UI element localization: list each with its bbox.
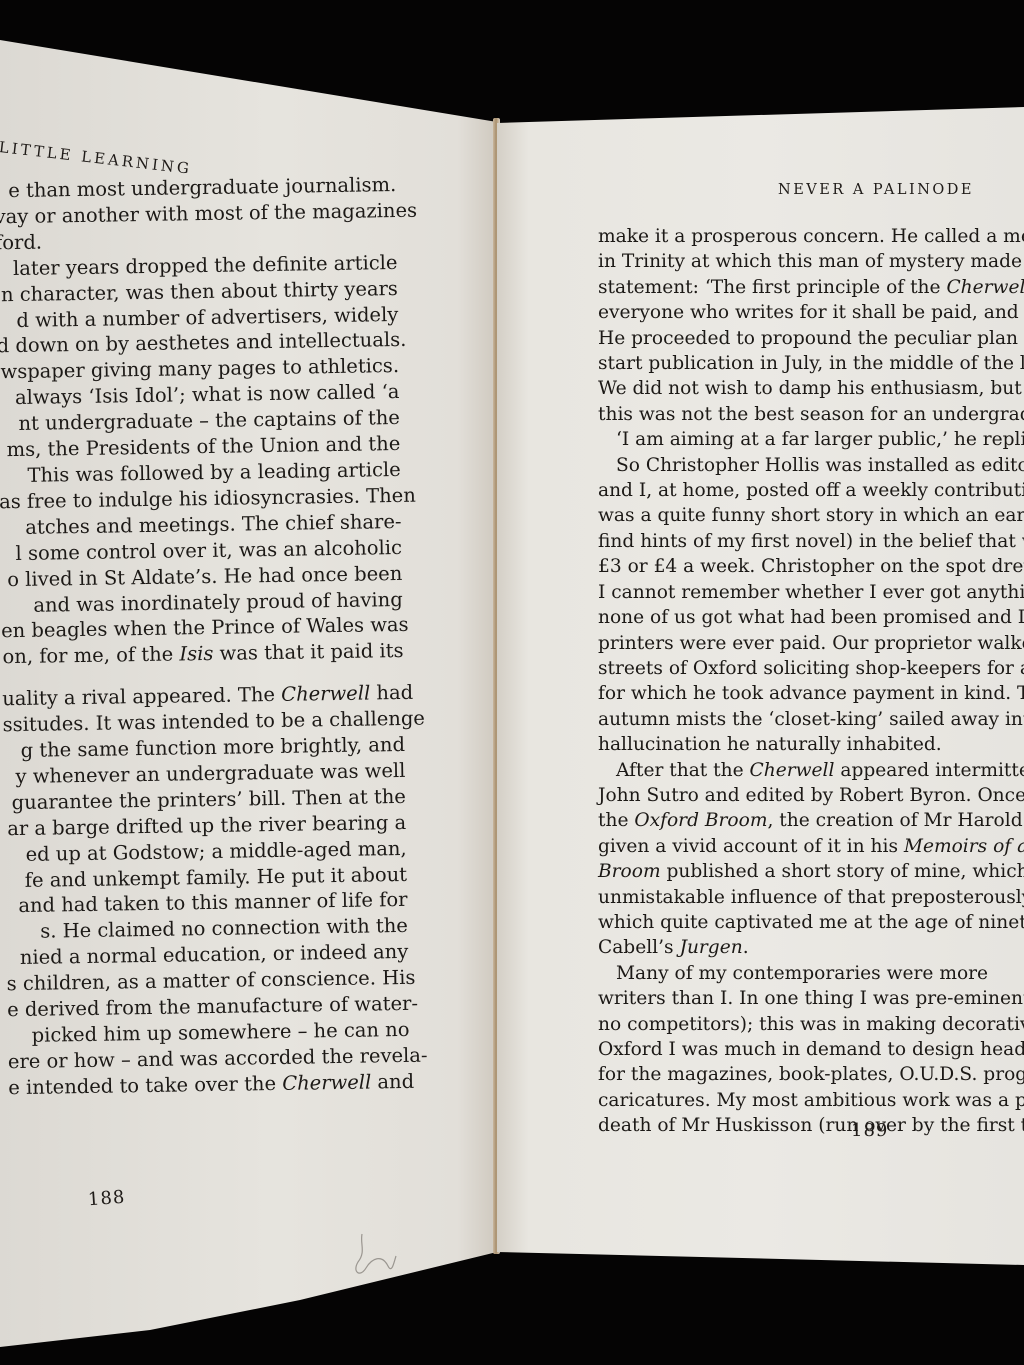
pencil-mark-icon xyxy=(352,1232,402,1282)
text-line: statement: ‘The first principle of the C… xyxy=(598,275,1024,300)
running-head-left: Little Learning xyxy=(0,138,193,178)
text-line: autumn mists the ‘closet-king’ sailed aw… xyxy=(598,707,1024,732)
page-number-left: 188 xyxy=(87,1187,126,1211)
text-line: writers than I. In one thing I was pre-e… xyxy=(598,986,1024,1011)
text-line: After that the Cherwell appeared intermi… xyxy=(598,758,1024,783)
text-line: given a vivid account of it in his Memoi… xyxy=(598,834,1024,859)
text-line: no competitors); this was in making deco… xyxy=(598,1012,1024,1037)
text-line: I cannot remember whether I ever got any… xyxy=(598,580,1024,605)
text-line: start publication in July, in the middle… xyxy=(598,351,1024,376)
text-line: find hints of my first novel) in the bel… xyxy=(598,529,1024,554)
text-line: printers were ever paid. Our proprietor … xyxy=(598,631,1024,656)
text-line: We did not wish to damp his enthusiasm, … xyxy=(598,376,1024,401)
text-line: Cabell’s Jurgen. xyxy=(598,935,1024,960)
text-line: Many of my contemporaries were more xyxy=(598,961,1024,986)
text-line: Broom published a short story of mine, w… xyxy=(598,859,1024,884)
italic-title: Cherwell xyxy=(282,1070,371,1094)
text-line: Oxford I was much in demand to design he… xyxy=(598,1037,1024,1062)
italic-title: Oxford Broom xyxy=(634,810,767,831)
text-line: So Christopher Hollis was installed as e… xyxy=(598,453,1024,478)
text-line: e intended to take over the Cherwell and xyxy=(8,1069,410,1101)
text-line: this was not the best season for an unde… xyxy=(598,402,1024,427)
text-line: caricatures. My most ambitious work was … xyxy=(598,1088,1024,1113)
text-line: £3 or £4 a week. Christopher on the spot… xyxy=(598,554,1024,579)
text-line: and I, at home, posted off a weekly cont… xyxy=(598,478,1024,503)
italic-title: Memoirs of an xyxy=(904,836,1024,857)
text-line: make it a prosperous concern. He called … xyxy=(598,224,1024,249)
text-line: none of us got what had been promised an… xyxy=(598,605,1024,630)
text-line: in Trinity at which this man of mystery … xyxy=(598,249,1024,274)
text-line: He proceeded to propound the peculiar pl… xyxy=(598,326,1024,351)
text-line: for which he took advance payment in kin… xyxy=(598,681,1024,706)
text-line: John Sutro and edited by Robert Byron. O… xyxy=(598,783,1024,808)
italic-title: Isis xyxy=(179,642,213,666)
page-number-right: 189 xyxy=(851,1120,888,1141)
text-line: hallucination he naturally inhabited. xyxy=(598,732,1024,757)
text-line: for the magazines, book-plates, O.U.D.S.… xyxy=(598,1062,1024,1087)
italic-title: Cherwell xyxy=(750,760,835,781)
left-page: Little Learning e than most undergraduat… xyxy=(0,0,497,1365)
text-line: which quite captivated me at the age of … xyxy=(598,910,1024,935)
left-page-body: e than most undergraduate journalism.vay… xyxy=(0,172,410,1101)
italic-title: Broom xyxy=(598,861,661,882)
text-line: ‘I am aiming at a far larger public,’ he… xyxy=(598,427,1024,452)
text-line: streets of Oxford soliciting shop-keeper… xyxy=(598,656,1024,681)
text-line: the Oxford Broom, the creation of Mr Har… xyxy=(598,808,1024,833)
italic-title: Cherwell xyxy=(946,277,1024,298)
italic-title: Cherwell xyxy=(281,682,370,706)
right-page-body: make it a prosperous concern. He called … xyxy=(598,224,1024,1139)
text-line: was a quite funny short story in which a… xyxy=(598,503,1024,528)
text-line: everyone who writes for it shall be paid… xyxy=(598,300,1024,325)
text-line: death of Mr Huskisson (run over by the f… xyxy=(598,1113,1024,1138)
text-line: unmistakable influence of that preposter… xyxy=(598,885,1024,910)
running-head-right: Never a Palinode xyxy=(778,182,974,198)
italic-title: Jurgen xyxy=(679,937,742,958)
